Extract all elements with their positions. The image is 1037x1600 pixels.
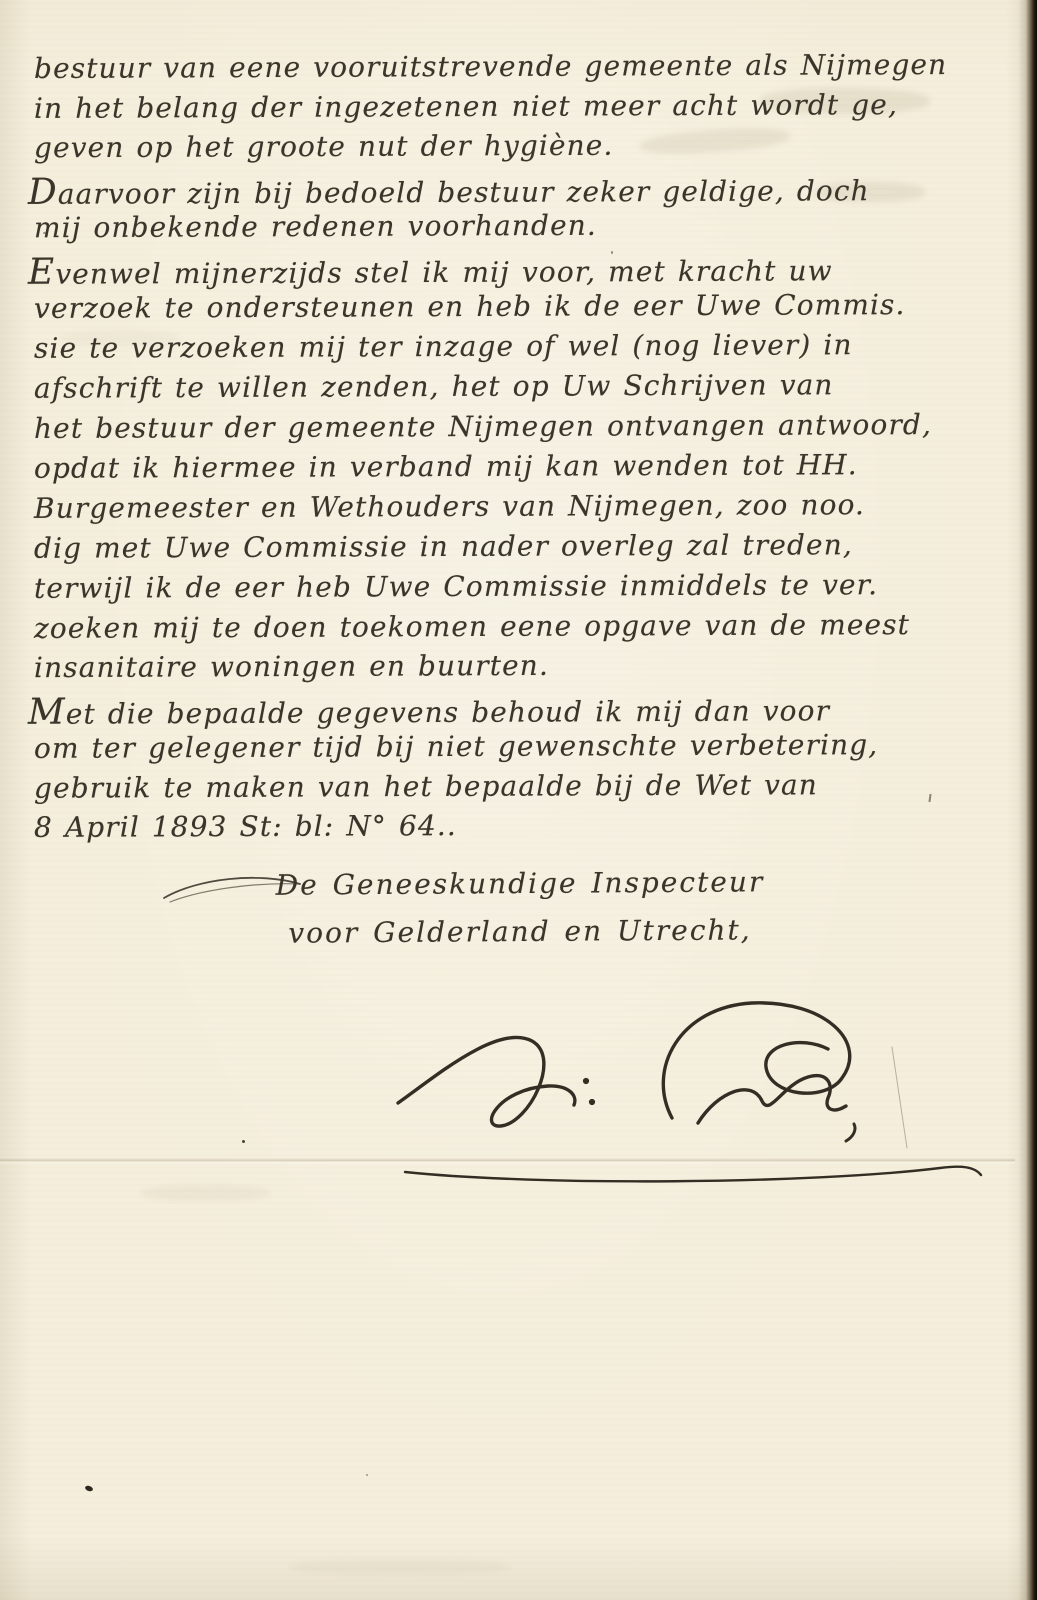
handwriting-line: zoeken mij te doen toekomen eene opgave … (34, 608, 910, 645)
handwriting-line: het bestuur der gemeente Nijmegen ontvan… (34, 408, 932, 445)
ink-speck (242, 1140, 245, 1143)
handwriting-line: geven op het groote nut der hygiène. (34, 129, 614, 165)
handwriting-line: dig met Uwe Commissie in nader overleg z… (34, 528, 853, 565)
handwriting-line: gebruik te maken van het bepaalde bij de… (34, 768, 818, 804)
document-page: bestuur van eene vooruitstrevende gemeen… (0, 0, 1037, 1600)
handwriting-line: Evenwel mijnerzijds stel ik mij voor, me… (28, 248, 833, 293)
bleedthrough-smudge (140, 1185, 270, 1201)
handwriting-line: verzoek te ondersteunen en heb ik de eer… (34, 288, 906, 325)
letter-closing: De Geneeskundige Inspecteur voor Gelderl… (120, 860, 920, 956)
scan-mark (928, 794, 931, 802)
closing-role-line: De Geneeskundige Inspecteur (120, 857, 920, 911)
handwriting-line: bestuur van eene vooruitstrevende gemeen… (34, 48, 947, 85)
handwriting-line: om ter gelegener tijd bij niet gewenscht… (34, 728, 878, 765)
closing-region-line: voor Gelderland en Utrecht, (120, 905, 920, 959)
bleedthrough-smudge (290, 1560, 510, 1574)
handwriting-line: insanitaire woningen en buurten. (34, 649, 549, 684)
handwriting-line: afschrift te willen zenden, het op Uw Sc… (34, 368, 834, 404)
handwriting-line: terwijl ik de eer heb Uwe Commissie inmi… (34, 568, 878, 605)
handwriting-line: opdat ik hiermee in verband mij kan wend… (34, 448, 858, 485)
scan-page-edge (1018, 0, 1037, 1600)
ink-speck (84, 1485, 93, 1492)
handwriting-line: Daarvoor zijn bij bedoeld bestuur zeker … (28, 168, 870, 213)
handwriting-line: sie te verzoeken mij ter inzage of wel (… (34, 328, 853, 365)
ink-speck (43, 232, 46, 234)
handwriting-line: mij onbekende redenen voorhanden. (34, 209, 597, 244)
handwriting-line: 8 April 1893 St: bl: N° 64.. (34, 809, 457, 844)
handwriting-line: Met die bepaalde gegevens behoud ik mij … (28, 688, 830, 732)
bleedthrough-smudge (639, 125, 790, 157)
fold-crease (0, 1158, 1015, 1164)
ink-speck (611, 251, 613, 254)
handwriting-line: in het belang der ingezetenen niet meer … (34, 88, 898, 125)
ink-speck (366, 1474, 368, 1476)
handwriting-line: Burgemeester en Wethouders van Nijmegen,… (34, 488, 865, 525)
